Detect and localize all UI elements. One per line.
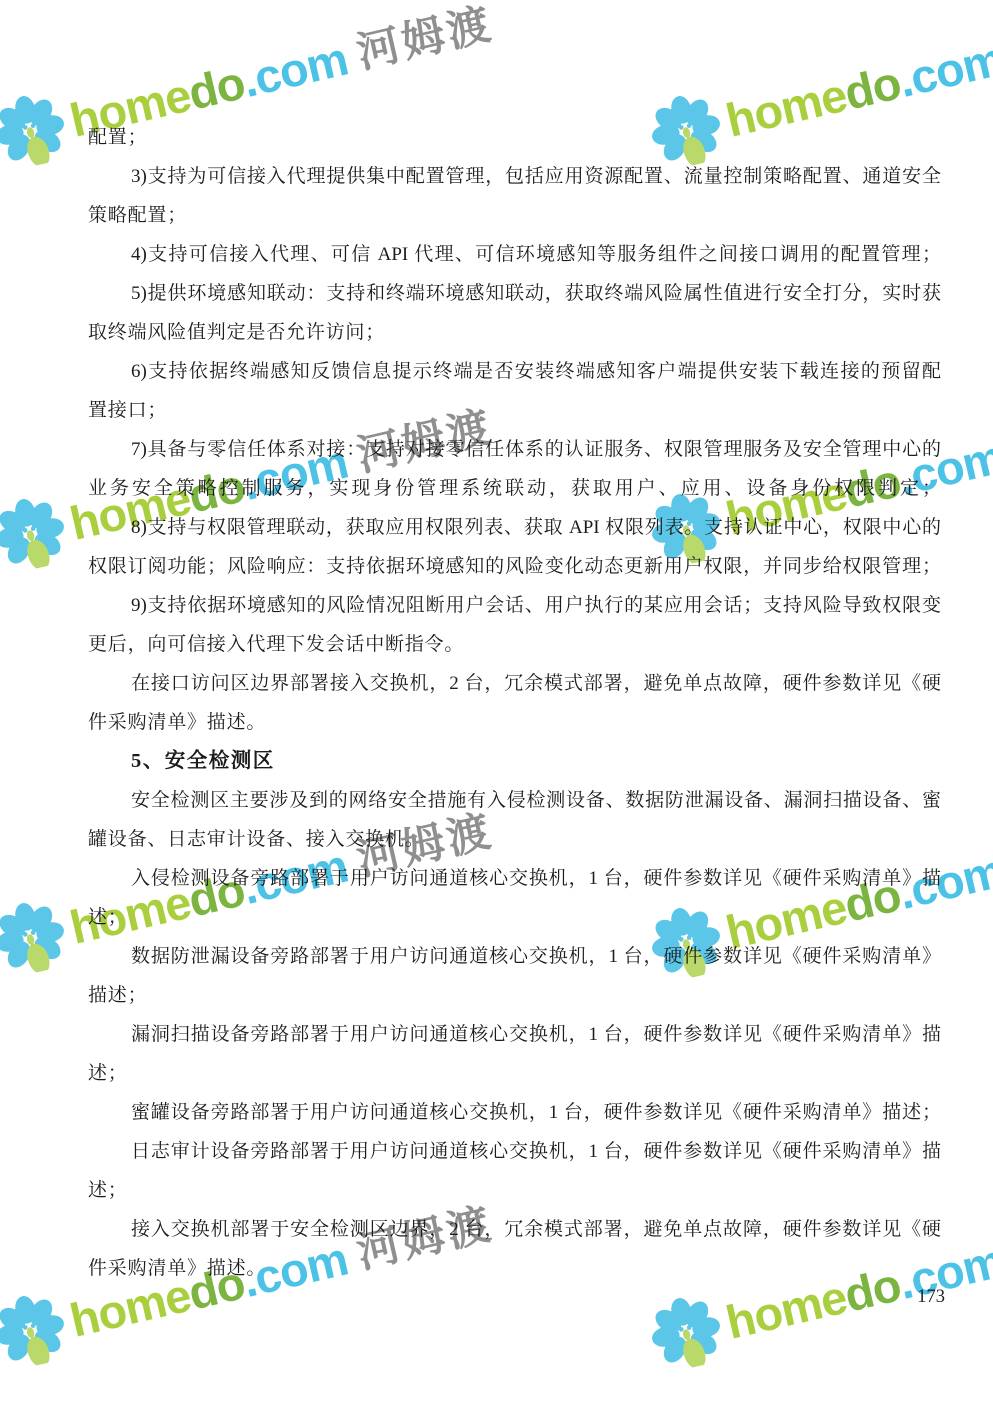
logo-com: .com — [893, 31, 993, 106]
text-line: 件采购清单》描述。 — [88, 703, 941, 742]
text-line: 5)提供环境感知联动：支持和终端环境感知联动，获取终端风险属性值进行安全打分，实… — [88, 274, 941, 313]
text-line: 接入交换机部署于安全检测区边界，2 台，冗余模式部署，避免单点故障，硬件参数详见… — [88, 1210, 941, 1249]
text-line: 安全检测区主要涉及到的网络安全措施有入侵检测设备、数据防泄漏设备、漏洞扫描设备、… — [88, 781, 941, 820]
logo-com: .com — [237, 31, 352, 106]
text-line: 述； — [88, 1171, 941, 1210]
text-line: 9)支持依据环境感知的风险情况阻断用户会话、用户执行的某应用会话；支持风险导致权… — [88, 586, 941, 625]
text-line: 入侵检测设备旁路部署于用户访问通道核心交换机，1 台，硬件参数详见《硬件采购清单… — [88, 859, 941, 898]
document-body: 配置；3)支持为可信接入代理提供集中配置管理，包括应用资源配置、流量控制策略配置… — [88, 118, 941, 1288]
text-line: 日志审计设备旁路部署于用户访问通道核心交换机，1 台，硬件参数详见《硬件采购清单… — [88, 1132, 941, 1171]
text-line: 3)支持为可信接入代理提供集中配置管理，包括应用资源配置、流量控制策略配置、通道… — [88, 157, 941, 196]
page-number: 173 — [917, 1287, 945, 1308]
homedo-flower-icon — [643, 1289, 729, 1375]
homedo-chinese-name: 河姆渡 — [353, 2, 497, 75]
text-line: 配置； — [88, 118, 941, 157]
text-line: 数据防泄漏设备旁路部署于用户访问通道核心交换机，1 台，硬件参数详见《硬件采购清… — [88, 937, 941, 976]
text-line: 蜜罐设备旁路部署于用户访问通道核心交换机，1 台，硬件参数详见《硬件采购清单》描… — [88, 1093, 941, 1132]
text-line: 漏洞扫描设备旁路部署于用户访问通道核心交换机，1 台，硬件参数详见《硬件采购清单… — [88, 1015, 941, 1054]
text-line: 在接口访问区边界部署接入交换机，2 台，冗余模式部署，避免单点故障，硬件参数详见… — [88, 664, 941, 703]
text-line: 5、安全检测区 — [88, 742, 941, 781]
homedo-flower-icon — [0, 490, 73, 576]
text-line: 权限订阅功能；风险响应：支持依据环境感知的风险变化动态更新用户权限，并同步给权限… — [88, 547, 941, 586]
text-line: 件采购清单》描述。 — [88, 1249, 941, 1288]
text-line: 7)具备与零信任体系对接：支持对接零信任体系的认证服务、权限管理服务及安全管理中… — [88, 430, 941, 469]
text-line: 6)支持依据终端感知反馈信息提示终端是否安装终端感知客户端提供安装下载连接的预留… — [88, 352, 941, 391]
text-line: 更后，向可信接入代理下发会话中断指令。 — [88, 625, 941, 664]
text-line: 描述； — [88, 976, 941, 1015]
text-line: 取终端风险值判定是否允许访问； — [88, 313, 941, 352]
text-line: 述； — [88, 1054, 941, 1093]
homedo-flower-icon — [0, 1287, 73, 1373]
text-line: 4)支持可信接入代理、可信 API 代理、可信环境感知等服务组件之间接口调用的配… — [88, 235, 941, 274]
text-line: 述； — [88, 898, 941, 937]
text-line: 8)支持与权限管理联动，获取应用权限列表、获取 API 权限列表。支持认证中心，… — [88, 508, 941, 547]
document-page: { "document": { "page_number": "173", "b… — [0, 0, 993, 1403]
text-line: 置接口； — [88, 391, 941, 430]
text-line: 策略配置； — [88, 196, 941, 235]
text-line: 业务安全策略控制服务，实现身份管理系统联动，获取用户、应用、设备身份权限判定； — [88, 469, 941, 508]
homedo-flower-icon — [0, 87, 73, 173]
homedo-flower-icon — [0, 894, 73, 980]
text-line: 罐设备、日志审计设备、接入交换机。 — [88, 820, 941, 859]
